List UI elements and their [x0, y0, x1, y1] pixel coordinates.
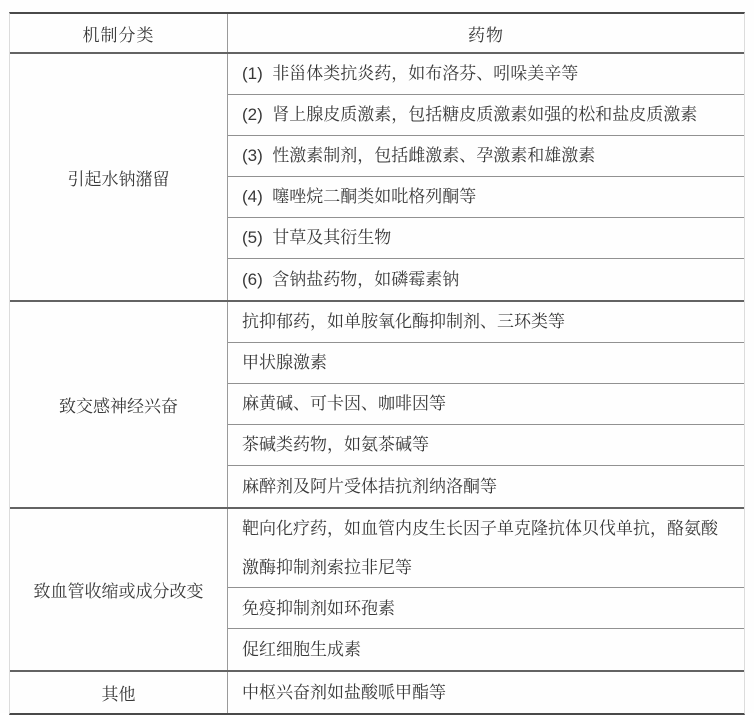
drug-row: (1) 非甾体类抗炎药，如布洛芬、吲哚美辛等 [228, 54, 744, 95]
drug-row: 中枢兴奋剂如盐酸哌甲酯等 [228, 672, 744, 713]
table-body: 引起水钠潴留(1) 非甾体类抗炎药，如布洛芬、吲哚美辛等(2) 肾上腺皮质激素，… [10, 54, 744, 713]
drug-mechanism-table: 机制分类 药物 引起水钠潴留(1) 非甾体类抗炎药，如布洛芬、吲哚美辛等(2) … [9, 12, 745, 715]
drug-row: (2) 肾上腺皮质激素，包括糖皮质激素如强的松和盐皮质激素 [228, 95, 744, 136]
drug-row: 麻黄碱、可卡因、咖啡因等 [228, 384, 744, 425]
drug-row: 抗抑郁药，如单胺氧化酶抑制剂、三环类等 [228, 302, 744, 343]
drug-list: 靶向化疗药，如血管内皮生长因子单克隆抗体贝伐单抗，酪氨酸激酶抑制剂索拉非尼等免疫… [228, 509, 744, 670]
category-cell: 引起水钠潴留 [10, 54, 228, 300]
drug-row: 免疫抑制剂如环孢素 [228, 588, 744, 629]
drug-list: 抗抑郁药，如单胺氧化酶抑制剂、三环类等甲状腺激素麻黄碱、可卡因、咖啡因等茶碱类药… [228, 302, 744, 507]
column-header-drugs: 药物 [228, 14, 744, 52]
drug-row: (3) 性激素制剂，包括雌激素、孕激素和雄激素 [228, 136, 744, 177]
category-cell: 其他 [10, 672, 228, 713]
drug-row: (6) 含钠盐药物，如磷霉素钠 [228, 259, 744, 300]
drug-row: (4) 噻唑烷二酮类如吡格列酮等 [228, 177, 744, 218]
category-cell: 致交感神经兴奋 [10, 302, 228, 507]
drug-row: 甲状腺激素 [228, 343, 744, 384]
column-header-mechanism: 机制分类 [10, 14, 228, 52]
page: 机制分类 药物 引起水钠潴留(1) 非甾体类抗炎药，如布洛芬、吲哚美辛等(2) … [0, 0, 754, 713]
category-cell: 致血管收缩或成分改变 [10, 509, 228, 670]
table-section: 致交感神经兴奋抗抑郁药，如单胺氧化酶抑制剂、三环类等甲状腺激素麻黄碱、可卡因、咖… [10, 302, 744, 509]
table-section: 其他中枢兴奋剂如盐酸哌甲酯等 [10, 672, 744, 713]
drug-row: 茶碱类药物，如氨茶碱等 [228, 425, 744, 466]
table-section: 致血管收缩或成分改变靶向化疗药，如血管内皮生长因子单克隆抗体贝伐单抗，酪氨酸激酶… [10, 509, 744, 672]
drug-row: (5) 甘草及其衍生物 [228, 218, 744, 259]
drug-list: 中枢兴奋剂如盐酸哌甲酯等 [228, 672, 744, 713]
table-section: 引起水钠潴留(1) 非甾体类抗炎药，如布洛芬、吲哚美辛等(2) 肾上腺皮质激素，… [10, 54, 744, 302]
table-header-row: 机制分类 药物 [10, 14, 744, 54]
drug-row: 麻醉剂及阿片受体拮抗剂纳洛酮等 [228, 466, 744, 507]
drug-row: 促红细胞生成素 [228, 629, 744, 670]
drug-list: (1) 非甾体类抗炎药，如布洛芬、吲哚美辛等(2) 肾上腺皮质激素，包括糖皮质激… [228, 54, 744, 300]
drug-row: 靶向化疗药，如血管内皮生长因子单克隆抗体贝伐单抗，酪氨酸激酶抑制剂索拉非尼等 [228, 509, 744, 588]
